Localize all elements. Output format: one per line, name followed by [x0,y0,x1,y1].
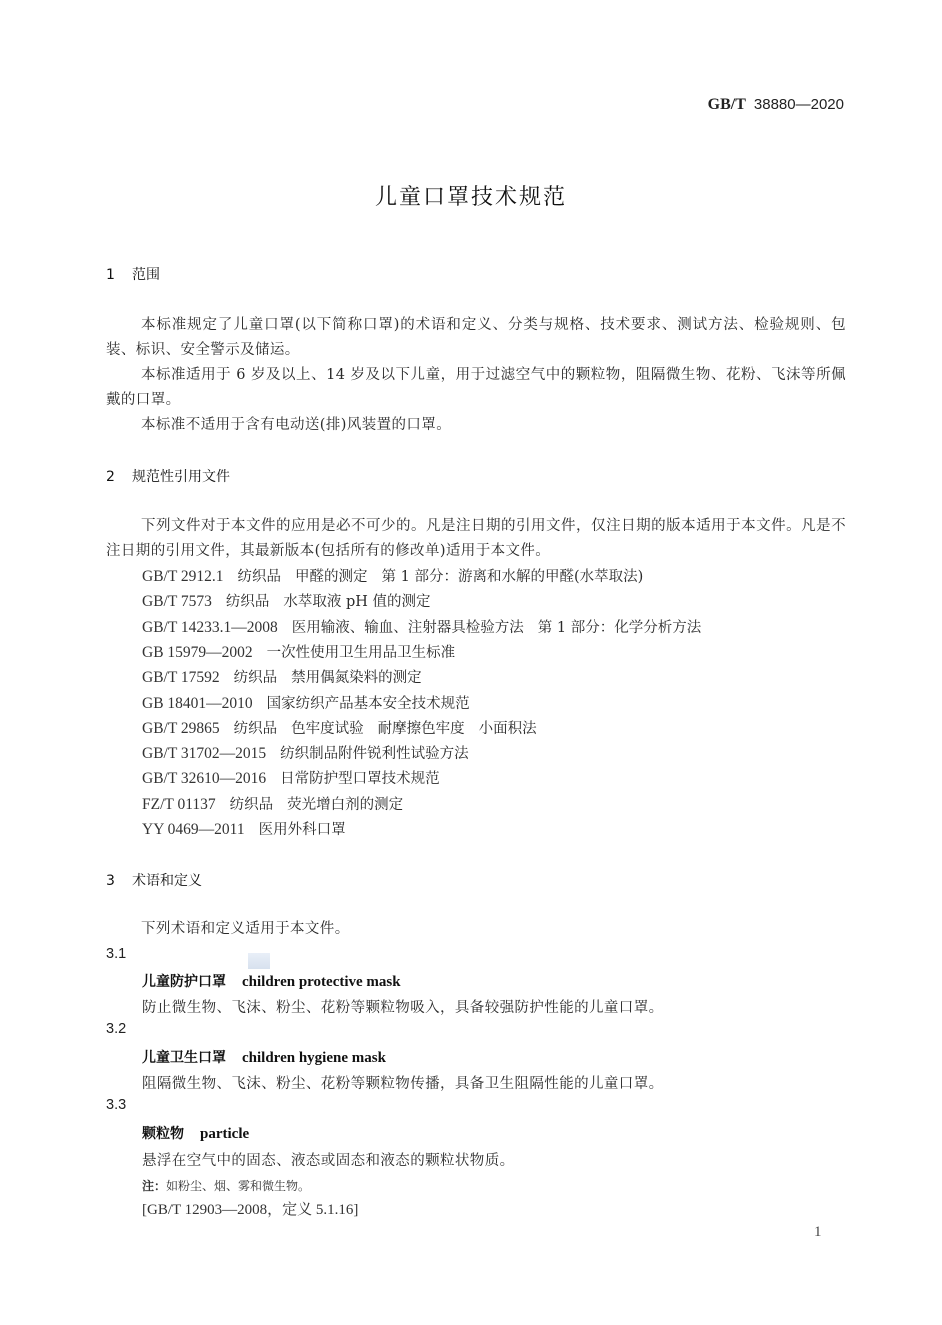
reference-item: YY 0469—2011医用外科口罩 [142,818,360,839]
reference-code: GB 15979—2002 [142,644,253,661]
reference-code: GB/T 7573 [142,593,212,610]
reference-item: FZ/T 01137纺织品荧光增白剂的测定 [142,793,417,814]
section-1-para-3: 本标准不适用于含有电动送(排)风装置的口罩。 [106,413,846,438]
clause-number: 3.2 [106,1021,126,1037]
reference-code: GB/T 2912.1 [142,568,224,585]
reference-code: FZ/T 01137 [142,796,216,813]
reference-title-part: 医用输液、输血、注射器具检验方法 [292,620,524,636]
term-heading: 儿童卫生口罩children hygiene mask [142,1047,386,1067]
page-number: 1 [814,1224,822,1241]
section-title: 规范性引用文件 [132,469,230,485]
note-label: 注： [142,1179,166,1193]
term-en: children protective mask [242,974,401,990]
standard-prefix: GB/T [708,96,746,113]
reference-item: GB/T 14233.1—2008医用输液、输血、注射器具检验方法第 1 部分：… [142,616,715,637]
reference-title-part: 医用外科口罩 [259,822,346,838]
term-source: [GB/T 12903—2008，定义 5.1.16] [142,1198,358,1219]
reference-code: GB/T 14233.1—2008 [142,619,278,636]
reference-title-part: 纺织品 [234,670,278,686]
reference-title-part: 甲醛的测定 [295,569,368,585]
term-definition: 阻隔微生物、飞沫、粉尘、花粉等颗粒物传播，具备卫生阻隔性能的儿童口罩。 [142,1072,664,1093]
term-zh: 颗粒物 [142,1126,184,1142]
reference-item: GB 15979—2002一次性使用卫生用品卫生标准 [142,641,469,662]
term-heading: 儿童防护口罩children protective mask [142,971,401,991]
reference-item: GB 18401—2010国家纺织产品基本安全技术规范 [142,692,484,713]
reference-item: GB/T 17592纺织品禁用偶氮染料的测定 [142,666,436,687]
reference-title-part: 色牢度试验 [291,721,364,737]
reference-code: GB/T 17592 [142,669,220,686]
section-2-heading: 2规范性引用文件 [106,466,230,486]
reference-code: GB/T 31702—2015 [142,745,266,762]
reference-item: GB/T 32610—2016日常防护型口罩技术规范 [142,767,454,788]
term-en: children hygiene mask [242,1050,386,1066]
reference-title-part: 荧光增白剂的测定 [287,797,403,813]
standard-number: 38880—2020 [754,96,844,113]
document-title: 儿童口罩技术规范 [0,180,942,211]
reference-title-part: 纺织品 [230,797,274,813]
section-number: 3 [106,873,132,889]
term-zh: 儿童防护口罩 [142,974,226,990]
term-heading: 颗粒物particle [142,1123,249,1143]
reference-title-part: 纺织品 [238,569,282,585]
reference-title-part: 禁用偶氮染料的测定 [291,670,422,686]
reference-title-part: 国家纺织产品基本安全技术规范 [267,696,470,712]
term-zh: 儿童卫生口罩 [142,1050,226,1066]
reference-code: GB 18401—2010 [142,695,253,712]
section-1-para-2: 本标准适用于 6 岁及以上、14 岁及以下儿童，用于过滤空气中的颗粒物，阻隔微生… [106,363,846,413]
reference-title-part: 纺织品 [226,594,270,610]
reference-title-part: 小面积法 [479,721,537,737]
watermark-logo [248,953,270,969]
term-definition: 悬浮在空气中的固态、液态或固态和液态的颗粒状物质。 [142,1149,515,1170]
reference-title-part: 一次性使用卫生用品卫生标准 [267,645,456,661]
reference-item: GB/T 31702—2015纺织制品附件锐利性试验方法 [142,742,483,763]
reference-title-part: 第 1 部分：游离和水解的甲醛(水萃取法) [382,569,644,585]
reference-code: GB/T 29865 [142,720,220,737]
section-1-heading: 1范围 [106,264,160,284]
reference-title-part: 纺织品 [234,721,278,737]
reference-title-part: 耐摩擦色牢度 [378,721,465,737]
term-definition: 防止微生物、飞沫、粉尘、花粉等颗粒物吸入，具备较强防护性能的儿童口罩。 [142,996,664,1017]
term-note: 注：如粉尘、烟、雾和微生物。 [142,1177,310,1194]
section-title: 术语和定义 [132,873,202,889]
reference-code: GB/T 32610—2016 [142,770,266,787]
reference-item: GB/T 29865纺织品色牢度试验耐摩擦色牢度小面积法 [142,717,551,738]
note-text: 如粉尘、烟、雾和微生物。 [166,1179,310,1193]
reference-code: YY 0469—2011 [142,821,245,838]
clause-number: 3.3 [106,1097,126,1113]
reference-item: GB/T 2912.1纺织品甲醛的测定第 1 部分：游离和水解的甲醛(水萃取法) [142,565,657,586]
section-3-heading: 3术语和定义 [106,870,202,890]
standard-code: GB/T38880—2020 [708,96,844,114]
section-2-para-1: 下列文件对于本文件的应用是必不可少的。凡是注日期的引用文件，仅注日期的版本适用于… [106,514,846,564]
reference-title-part: 第 1 部分：化学分析方法 [538,620,701,636]
section-1-para-1: 本标准规定了儿童口罩(以下简称口罩)的术语和定义、分类与规格、技术要求、测试方法… [106,313,846,363]
reference-title-part: 水萃取液 pH 值的测定 [283,594,430,610]
reference-title-part: 日常防护型口罩技术规范 [280,771,440,787]
clause-number: 3.1 [106,946,126,962]
section-number: 2 [106,469,132,485]
section-number: 1 [106,267,132,283]
reference-title-part: 纺织制品附件锐利性试验方法 [280,746,469,762]
term-en: particle [200,1126,249,1142]
reference-item: GB/T 7573纺织品水萃取液 pH 值的测定 [142,590,445,611]
section-title: 范围 [132,267,160,283]
section-3-para-1: 下列术语和定义适用于本文件。 [106,917,846,942]
